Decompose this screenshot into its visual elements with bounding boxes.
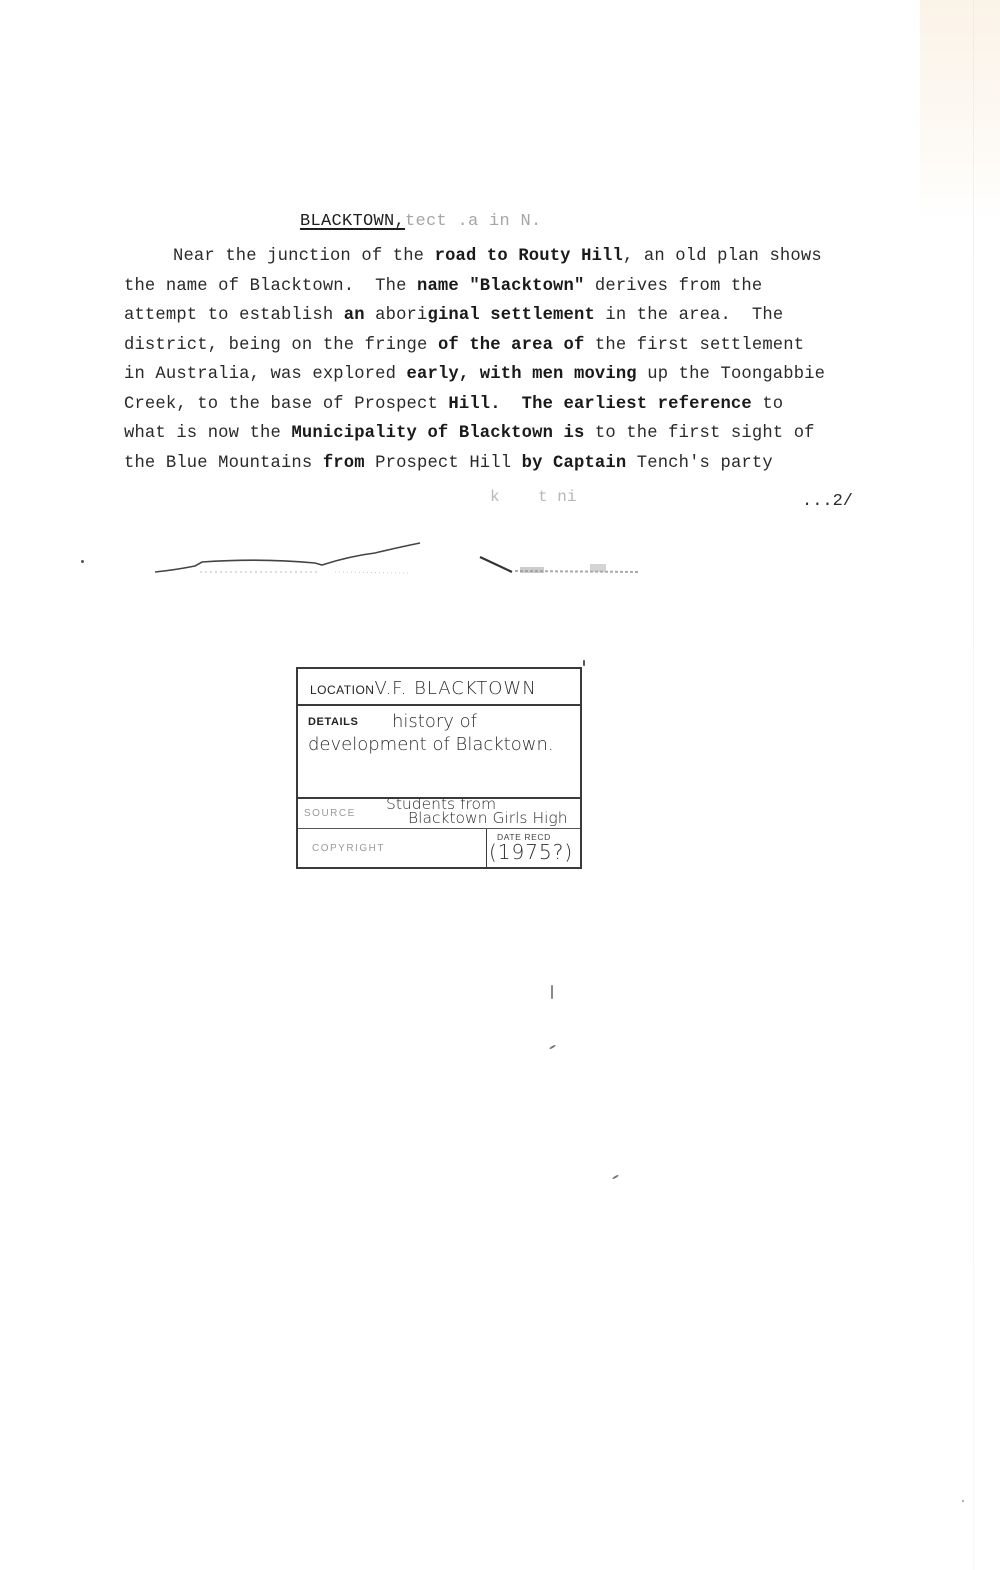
overstruck-text: road to Routy Hill [435, 247, 623, 266]
pen-scribble [150, 530, 650, 590]
paragraph-line: Creek, to the base of Prospect Hill. The… [124, 390, 944, 420]
heading-title: BLACKTOWN, [300, 212, 405, 231]
overstruck-text: Municipality of Blacktown is [291, 424, 584, 443]
overstruck-text: of the area of [438, 336, 585, 355]
overstruck-text: Hill. The earliest reference [448, 395, 751, 414]
heading-faded-overtype: tect .a in N. [405, 212, 542, 231]
source-value-line2: Blacktown Girls High [386, 809, 568, 827]
overstruck-text: early, with men moving [407, 365, 637, 384]
stamp-source-row: SOURCE Students from Blacktown Girls Hig… [298, 799, 580, 829]
stray-mark [551, 985, 553, 999]
typed-text: what is now the [124, 424, 291, 443]
date-received-value: (1975?) [489, 840, 573, 864]
typed-text: derives from the [584, 277, 762, 296]
location-label: LOCATION [310, 683, 374, 697]
typed-text: in Australia, was explored [124, 365, 407, 384]
details-value: history of development of Blacktown. [308, 710, 568, 756]
overstruck-text: by Captain [522, 454, 627, 473]
paper-tint [920, 0, 1000, 220]
date-received-box: DATE RECD (1975?) [486, 829, 580, 869]
page-continuation: ...2/ [802, 492, 853, 511]
paragraph-line: the name of Blacktown. The name "Blackto… [124, 272, 944, 302]
overstruck-text: an [344, 306, 365, 325]
typed-text: , an old plan shows [623, 247, 822, 266]
faint-overtype: k t ni [490, 488, 576, 506]
document-paragraph: Near the junction of the road to Routy H… [124, 242, 944, 478]
typed-text: the name of Blacktown. The [124, 277, 417, 296]
paragraph-line: in Australia, was explored early, with m… [124, 360, 944, 390]
typed-text: abori [365, 306, 428, 325]
typed-text: Prospect Hill [365, 454, 522, 473]
typed-text: in the area. The [595, 306, 783, 325]
overstruck-text: name "Blacktown" [417, 277, 584, 296]
stamp-details-row: DETAILS history of development of Blackt… [298, 706, 580, 799]
paragraph-line: the Blue Mountains from Prospect Hill by… [124, 449, 944, 479]
paragraph-line: district, being on the fringe of the are… [124, 331, 944, 361]
typed-text: to the first sight of [584, 424, 814, 443]
stray-mark [81, 560, 84, 563]
catalogue-stamp: LOCATIONV.F. BLACKTOWN DETAILS history o… [296, 667, 582, 869]
typed-text: district, being on the fringe [124, 336, 438, 355]
overstruck-text: ginal settlement [427, 306, 594, 325]
typed-text: Creek, to the base of Prospect [124, 395, 448, 414]
stray-mark [612, 1174, 619, 1179]
paragraph-line: Near the junction of the road to Routy H… [124, 242, 944, 272]
location-value: V.F. BLACKTOWN [374, 678, 536, 699]
paper-edge [973, 0, 974, 1570]
typed-text: the first settlement [584, 336, 804, 355]
source-label: SOURCE [304, 808, 356, 819]
paragraph-line: attempt to establish an aboriginal settl… [124, 301, 944, 331]
typed-text: Tench's party [626, 454, 773, 473]
copyright-label: COPYRIGHT [312, 843, 385, 854]
paragraph-line: what is now the Municipality of Blacktow… [124, 419, 944, 449]
typed-text: up the Toongabbie [637, 365, 825, 384]
stray-mark [549, 1044, 556, 1049]
stamp-bottom-row: COPYRIGHT DATE RECD (1975?) [298, 829, 580, 869]
stamp-location-row: LOCATIONV.F. BLACKTOWN [298, 669, 580, 706]
stray-mark [962, 1500, 964, 1502]
overstruck-text: from [323, 454, 365, 473]
source-value: Students from Blacktown Girls High [386, 797, 568, 825]
stray-mark [583, 660, 585, 666]
typed-text: to [752, 395, 783, 414]
typed-text: attempt to establish [124, 306, 344, 325]
typed-text: Near the junction of the [173, 247, 435, 266]
document-heading: BLACKTOWN,tect .a in N. [300, 212, 542, 231]
typed-text: the Blue Mountains [124, 454, 323, 473]
